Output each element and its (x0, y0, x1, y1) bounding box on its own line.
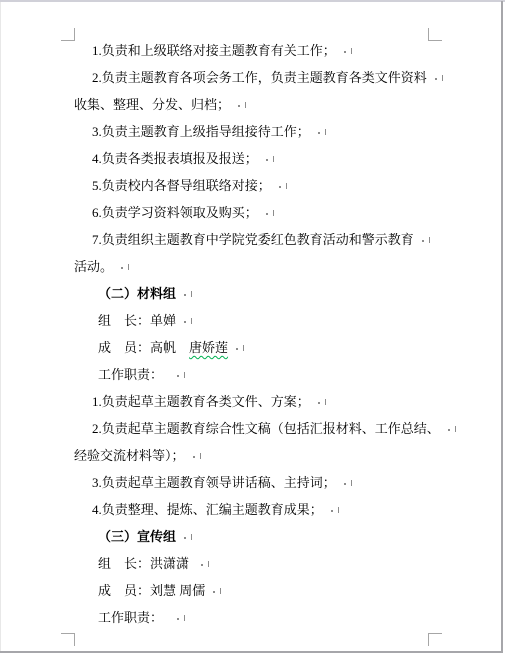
paragraph-mark-icon (435, 72, 443, 82)
text-line[interactable]: 2.负责主题教育各项会务工作，负责主题教育各类文件资料 (74, 64, 434, 91)
line-text: 5.负责校内各督导组联络对接； (92, 178, 271, 193)
line-text: 活动。 (74, 259, 113, 274)
text-line[interactable]: 活动。 (74, 253, 434, 280)
line-text: （三）宣传组 (98, 529, 176, 544)
line-text: 3.负责主题教育上级指导组接待工作； (92, 124, 310, 139)
paragraph-mark-icon (184, 315, 192, 325)
page-right-edge (501, 1, 503, 653)
paragraph-mark-icon (201, 558, 209, 568)
paragraph-mark-icon (238, 99, 246, 109)
text-line[interactable]: 收集、整理、分发、归档； (74, 91, 434, 118)
line-text: 组 长：洪潇潇 (98, 556, 189, 571)
margin-crop-mark-bottom-left-icon (61, 633, 75, 646)
text-line[interactable]: 1.负责起草主题教育各类文件、方案； (74, 388, 434, 415)
paragraph-mark-icon (448, 423, 456, 433)
paragraph-mark-icon (318, 126, 326, 136)
text-line[interactable]: 7.负责组织主题教育中学院党委红色教育活动和警示教育 (74, 226, 434, 253)
text-line[interactable]: 3.负责起草主题教育领导讲话稿、主持词； (74, 469, 434, 496)
text-line[interactable]: 组 长：单婵 (74, 307, 434, 334)
text-line[interactable]: 4.负责各类报表填报及报送； (74, 145, 434, 172)
paragraph-mark-icon (213, 585, 221, 595)
line-text: 工作职责： (98, 610, 163, 625)
text-line[interactable]: 1.负责和上级联络对接主题教育有关工作； (74, 37, 434, 64)
line-text: 1.负责和上级联络对接主题教育有关工作； (92, 43, 336, 58)
spellcheck-underlined-text: 唐娇莲 (189, 340, 228, 355)
line-text: 6.负责学习资料领取及购买； (92, 205, 258, 220)
text-line[interactable]: 成 员：高帆 唐娇莲 (74, 334, 434, 361)
text-line[interactable]: 经验交流材料等）； (74, 442, 434, 469)
line-text: 组 长：单婵 (98, 313, 176, 328)
paragraph-mark-icon (236, 342, 244, 352)
text-line[interactable]: 成 员：刘慧 周儒 (74, 577, 434, 604)
paragraph-mark-icon (266, 207, 274, 217)
paragraph-mark-icon (193, 450, 201, 460)
document-text-area[interactable]: 1.负责和上级联络对接主题教育有关工作；2.负责主题教育各项会务工作，负责主题教… (74, 37, 434, 631)
line-text: 4.负责整理、提炼、汇编主题教育成果； (92, 502, 323, 517)
line-text: 成 员：高帆 (98, 340, 189, 355)
text-line[interactable]: 5.负责校内各督导组联络对接； (74, 172, 434, 199)
paragraph-mark-icon (266, 153, 274, 163)
paragraph-mark-icon (184, 531, 192, 541)
line-text: 1.负责起草主题教育各类文件、方案； (92, 394, 310, 409)
margin-crop-mark-bottom-right-icon (428, 633, 442, 646)
line-text: 收集、整理、分发、归档； (74, 97, 230, 112)
page-bottom-edge (0, 651, 503, 653)
page-top-edge (0, 0, 505, 2)
line-text: 4.负责各类报表填报及报送； (92, 151, 258, 166)
margin-crop-mark-top-left-icon (61, 28, 75, 41)
line-text: 3.负责起草主题教育领导讲话稿、主持词； (92, 475, 336, 490)
line-text: 2.负责起草主题教育综合性文稿（包括汇报材料、工作总结、 (92, 421, 440, 436)
text-line[interactable]: 工作职责： (74, 361, 434, 388)
section-heading-line[interactable]: （三）宣传组 (74, 523, 434, 550)
text-line[interactable]: 3.负责主题教育上级指导组接待工作； (74, 118, 434, 145)
line-text: 2.负责主题教育各项会务工作，负责主题教育各类文件资料 (92, 70, 427, 85)
line-text: 工作职责： (98, 367, 163, 382)
text-line[interactable]: 组 长：洪潇潇 (74, 550, 434, 577)
text-line[interactable]: 2.负责起草主题教育综合性文稿（包括汇报材料、工作总结、 (74, 415, 434, 442)
paragraph-mark-icon (344, 45, 352, 55)
section-heading-line[interactable]: （二）材料组 (74, 280, 434, 307)
paragraph-mark-icon (279, 180, 287, 190)
line-text: 7.负责组织主题教育中学院党委红色教育活动和警示教育 (92, 232, 414, 247)
line-text: （二）材料组 (98, 286, 176, 301)
paragraph-mark-icon (344, 477, 352, 487)
text-line[interactable]: 工作职责： (74, 604, 434, 631)
paragraph-mark-icon (177, 612, 185, 622)
line-text: 经验交流材料等）； (74, 448, 185, 463)
paragraph-mark-icon (184, 288, 192, 298)
paragraph-mark-icon (422, 234, 430, 244)
paragraph-mark-icon (331, 504, 339, 514)
text-line[interactable]: 4.负责整理、提炼、汇编主题教育成果； (74, 496, 434, 523)
line-text: 成 员：刘慧 周儒 (98, 583, 205, 598)
page-left-edge (0, 2, 1, 652)
paragraph-mark-icon (318, 396, 326, 406)
paragraph-mark-icon (177, 369, 185, 379)
text-line[interactable]: 6.负责学习资料领取及购买； (74, 199, 434, 226)
paragraph-mark-icon (121, 261, 129, 271)
